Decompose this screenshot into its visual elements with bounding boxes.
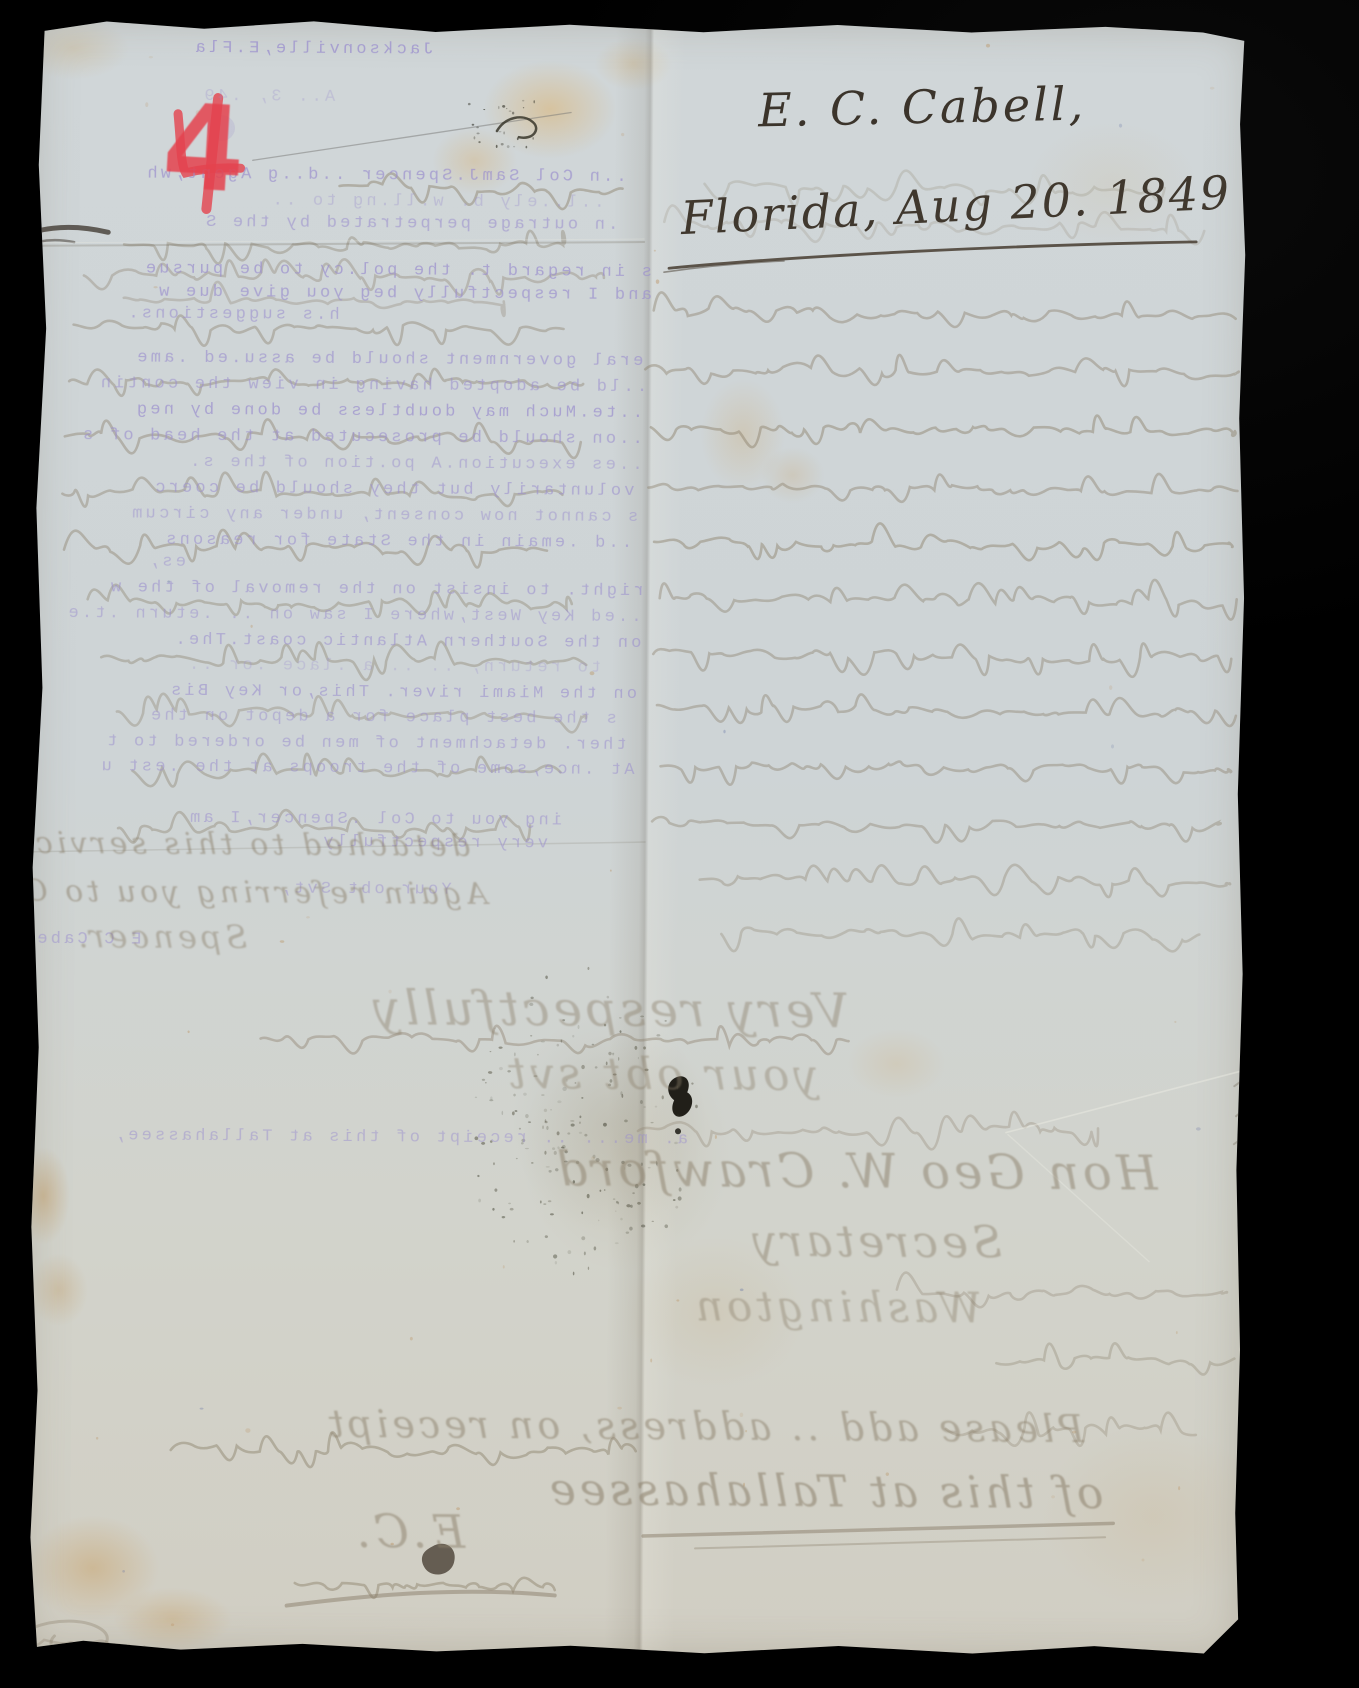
letter-paper: Jacksonville,E.FlaA.. 3, .49..n Col SamJ… — [22, 18, 1251, 1660]
scan-background: Jacksonville,E.FlaA.. 3, .49..n Col SamJ… — [0, 0, 1359, 1688]
date-line: Florida, Aug 20. 1849 — [679, 165, 1232, 245]
recto-ink-layer: 4 E. C. Cabell, Florida, Aug 20. 1849 — [0, 0, 1359, 1688]
writer-name-line: E. C. Cabell, — [758, 77, 1087, 138]
page-number-annotation: 4 — [159, 77, 249, 220]
